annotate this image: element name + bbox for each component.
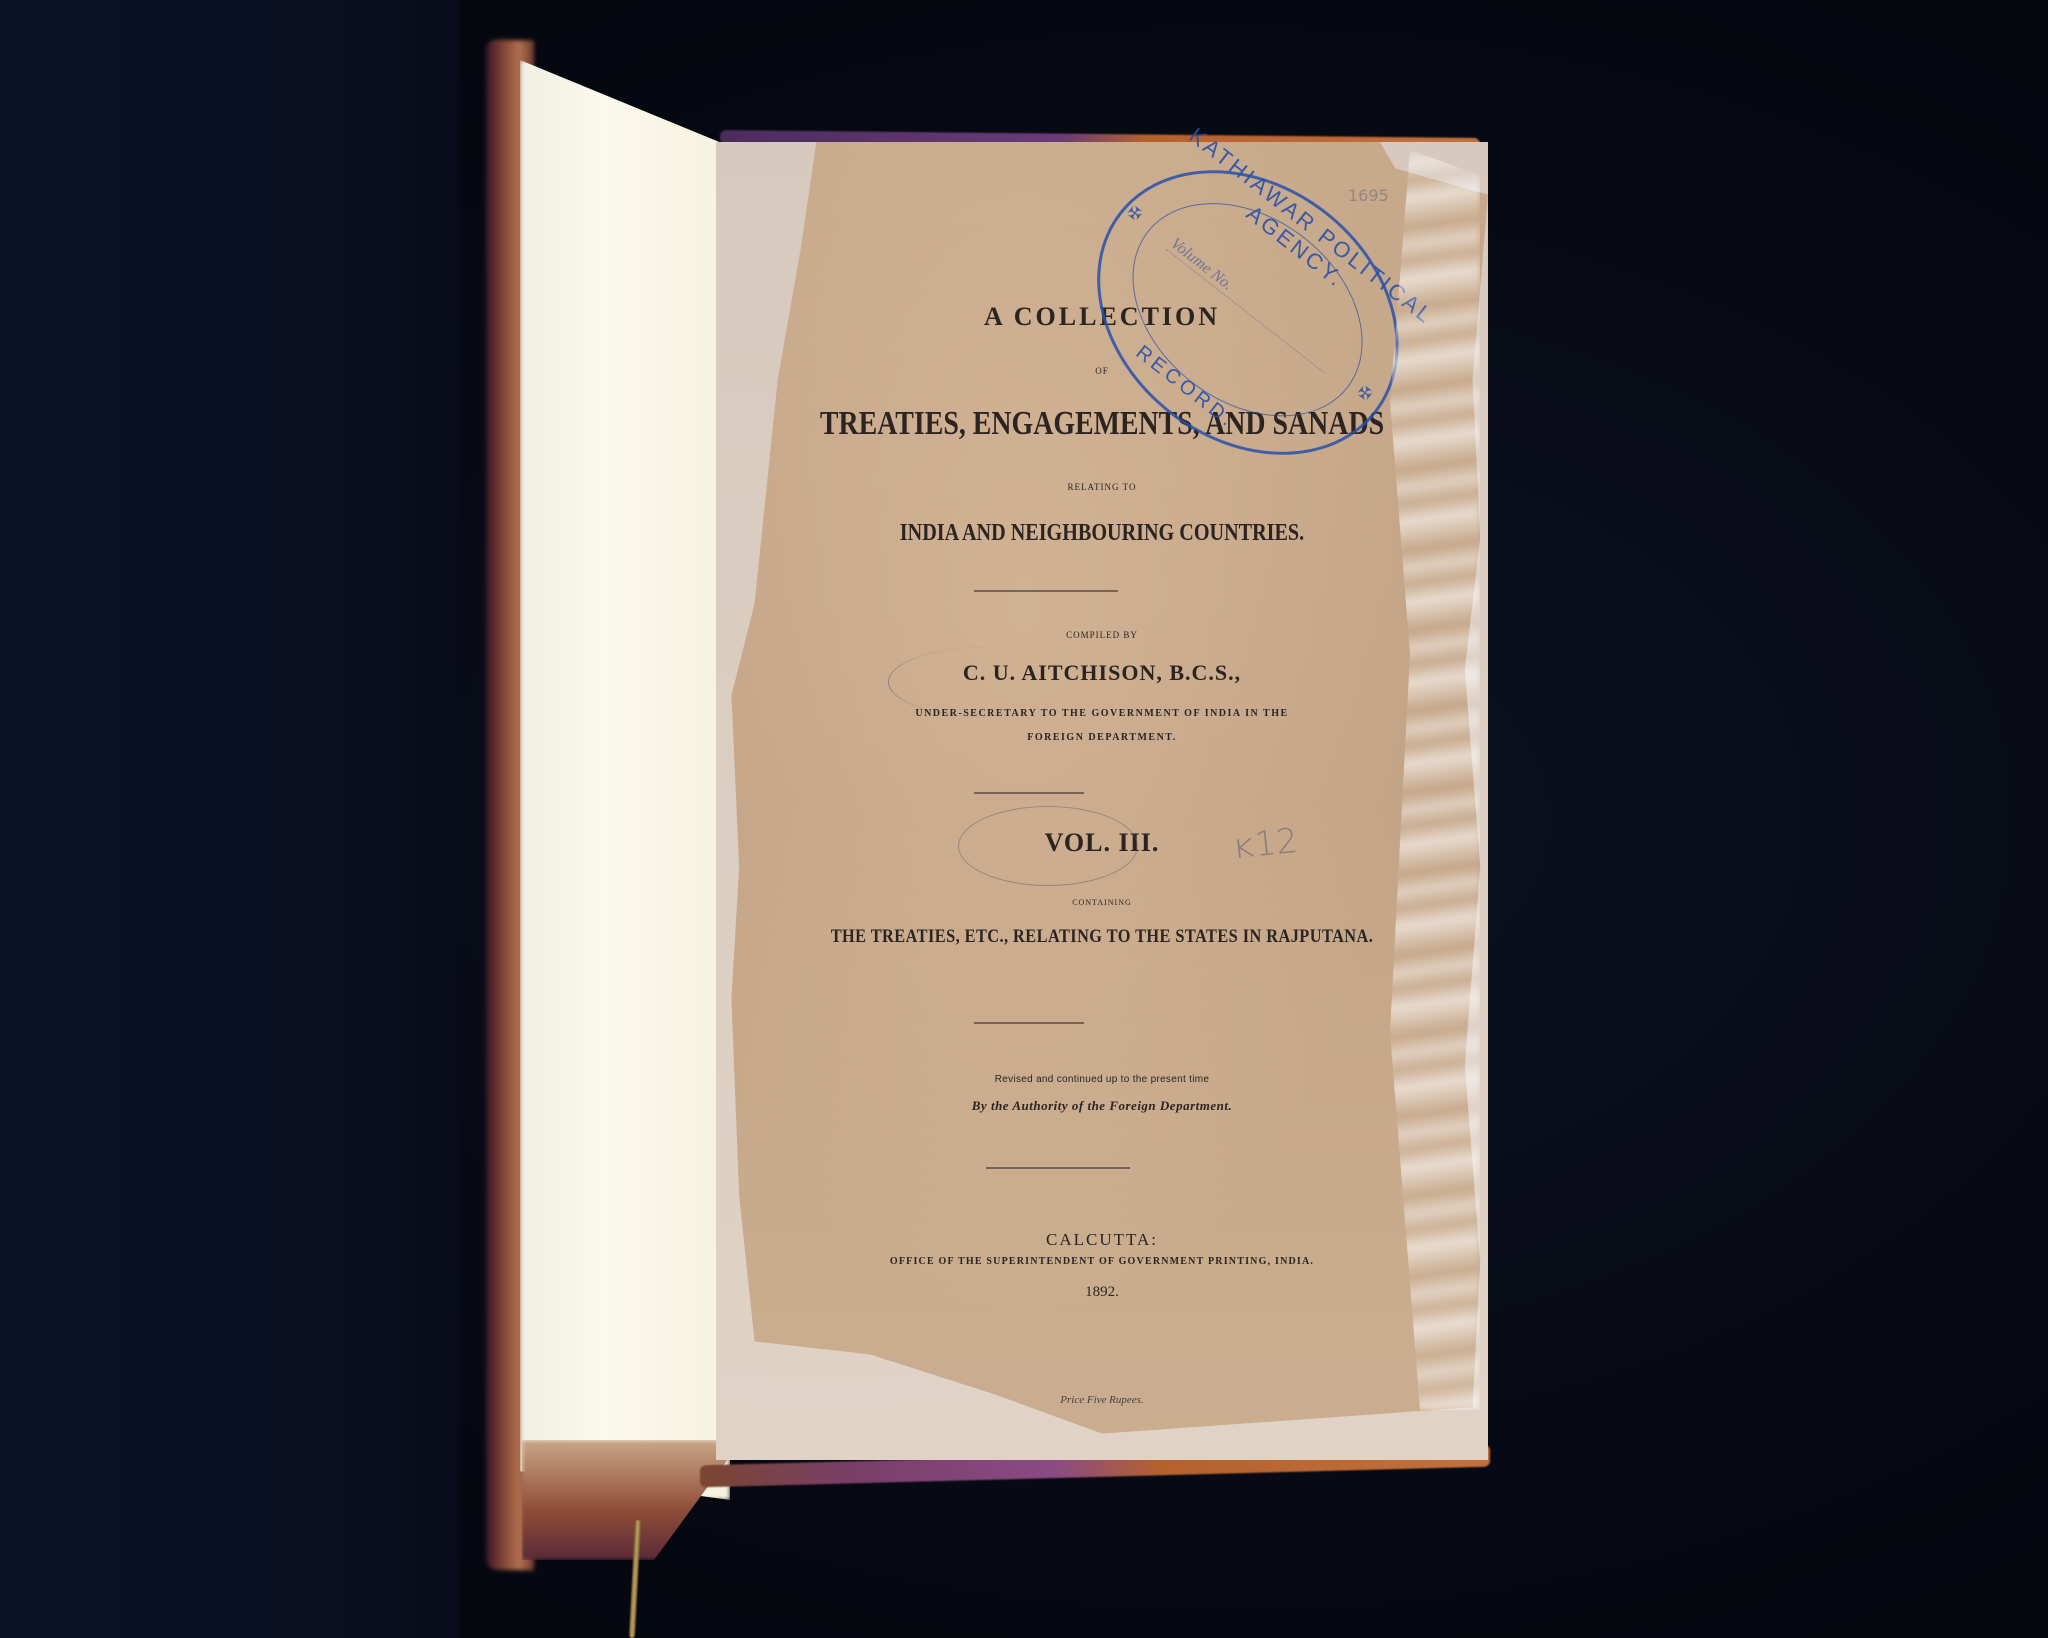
dark-backdrop <box>0 0 460 1638</box>
containing-label: CONTAINING <box>716 898 1488 907</box>
cover-corner <box>522 1440 742 1560</box>
pencil-annotation: ᴋ12 <box>1232 821 1300 867</box>
publisher: OFFICE OF THE SUPERINTENDENT OF GOVERNME… <box>716 1256 1488 1267</box>
pencil-corner-note: 1695 <box>1348 186 1389 205</box>
revised-note: Revised and continued up to the present … <box>716 1074 1488 1085</box>
publication-year: 1892. <box>716 1284 1488 1301</box>
author-position: UNDER-SECRETARY TO THE GOVERNMENT OF IND… <box>716 708 1488 719</box>
region-title: INDIA AND NEIGHBOURING COUNTRIES. <box>778 520 1426 547</box>
divider-rule <box>986 1167 1130 1169</box>
divider-rule <box>974 792 1084 794</box>
compiled-by-label: COMPILED BY <box>716 630 1488 640</box>
author-name: C. U. AITCHISON, B.C.S., <box>716 660 1488 686</box>
relating-to-label: RELATING TO <box>716 482 1488 492</box>
price-note: Price Five Rupees. <box>716 1394 1488 1406</box>
volume-subject: THE TREATIES, ETC., RELATING TO THE STAT… <box>770 926 1434 948</box>
divider-rule <box>974 590 1118 592</box>
pencil-circle <box>958 806 1138 886</box>
blank-flyleaf-page <box>520 60 730 1500</box>
authority-note: By the Authority of the Foreign Departme… <box>716 1098 1488 1114</box>
publication-city: CALCUTTA: <box>716 1230 1488 1250</box>
divider-rule <box>974 1022 1084 1024</box>
pencil-bracket <box>888 647 1089 717</box>
author-department: FOREIGN DEPARTMENT. <box>716 732 1488 743</box>
